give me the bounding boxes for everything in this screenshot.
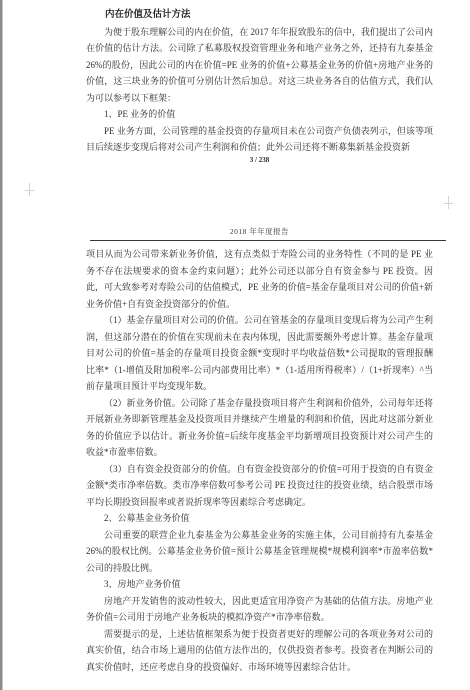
list-item-2-public-fund-value: 2、公募基金业务价值 — [86, 510, 433, 527]
paragraph-fund-stock-value: （1）基金存量项目对公司的价值。公司在管基金的存量项目变现后将为公司产生利润，但… — [86, 312, 433, 395]
paragraph-public-fund-detail: 公司重要的联营企业九泰基金为公募基金业务的实施主体，公司目前持有九泰基金 26%… — [86, 527, 433, 577]
list-item-1-pe-value: 1、PE 业务的价值 — [86, 106, 433, 123]
report-page-4-content: 项目从而为公司带来新业务价值，这有点类似于寿险公司的业务特性（不同的是 PE 业… — [0, 246, 470, 675]
paragraph-real-estate-detail: 房地产开发销售的波动性较大，因此更适宜用净资产为基础的估值方法。房地产业务价值=… — [86, 593, 433, 626]
report-page-3-content: 内在价值及估计方法 为便于股东理解公司的内在价值，在 2017 年年报致股东的信… — [0, 7, 470, 156]
page-number: 3 / 238 — [86, 156, 433, 164]
paragraph: 为便于股东理解公司的内在价值，在 2017 年年报致股东的信中，我们提出了公司内… — [86, 24, 433, 107]
paragraph-new-business-value: （2）新业务价值。公司除了基金存量投资项目将产生利润和价值外，公司每年还将开展新… — [86, 395, 433, 461]
list-item-3-real-estate-value: 3、房地产业务价值 — [86, 576, 433, 593]
section-heading: 内在价值及估计方法 — [86, 7, 433, 24]
paragraph-continuation: 项目从而为公司带来新业务价值，这有点类似于寿险公司的业务特性（不同的是 PE 业… — [86, 246, 433, 312]
paragraph-disclaimer: 需要提示的是，上述估值框架系为便于投资者更好的理解公司的各项业务对公司的真实价值… — [86, 626, 433, 676]
header-rule — [90, 240, 446, 241]
pdf-document-view: { "page1": { "heading": "内在价值及估计方法", "pa… — [0, 0, 470, 690]
paragraph: PE 业务方面，公司管理的基金投资的存量项目未在公司资产负债表列示，但该等项目后… — [86, 123, 433, 156]
page-header-title: 2018 年年度报告 — [86, 226, 433, 237]
paragraph-own-capital-value: （3）自有资金投资部分的价值。自有资金投资部分的价值=可用于投资的自有资金金额*… — [86, 461, 433, 511]
